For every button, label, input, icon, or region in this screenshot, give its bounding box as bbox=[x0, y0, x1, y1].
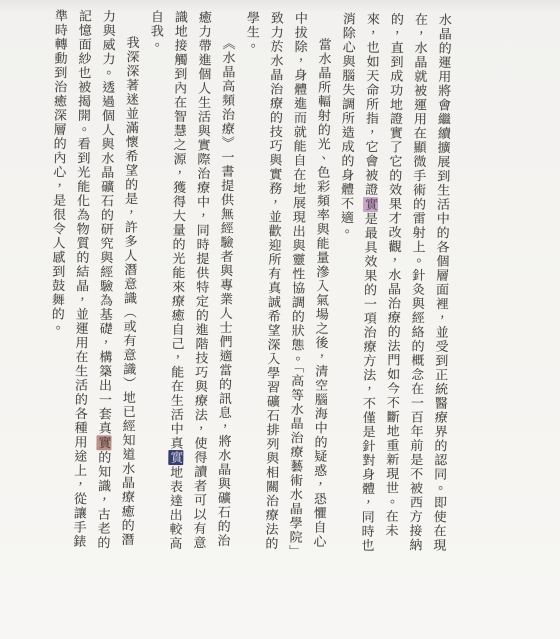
paragraph: 《水晶高頻治療》一書提供無經驗者與專業人士們適當的訊息，將水晶與礦石的治癒力帶進… bbox=[138, 10, 240, 553]
paragraph: 當水晶所輻射的光、色彩頻率與能量滲入氣場之後，清空腦海中的疑惑，恐懼自心中拔除，… bbox=[234, 11, 336, 554]
highlighted-char: 實 bbox=[96, 435, 111, 450]
paragraph: 我深深著迷並滿懷希望的是，許多人潛意識（或有意識）地已經知道水晶療癒的潛力與威力… bbox=[42, 9, 144, 552]
text-run: 當水晶所輻射的光、色彩頻率與能量滲入氣場之後，清空腦海中的疑惑，恐懼自心中拔除，… bbox=[245, 11, 332, 552]
vertical-text-block: 水晶的運用將會繼續擴展到生活中的各個層面裡，並受到正統醫療界的認同。即使在現在，… bbox=[38, 9, 456, 555]
paragraph: 水晶的運用將會繼續擴展到生活中的各個層面裡，並受到正統醫療界的認同。即使在現在，… bbox=[330, 12, 456, 555]
scanned-book-page: 水晶的運用將會繼續擴展到生活中的各個層面裡，並受到正統醫療界的認同。即使在現在，… bbox=[0, 0, 560, 639]
highlighted-char: 實 bbox=[168, 450, 183, 465]
highlighted-char: 實 bbox=[363, 197, 378, 212]
